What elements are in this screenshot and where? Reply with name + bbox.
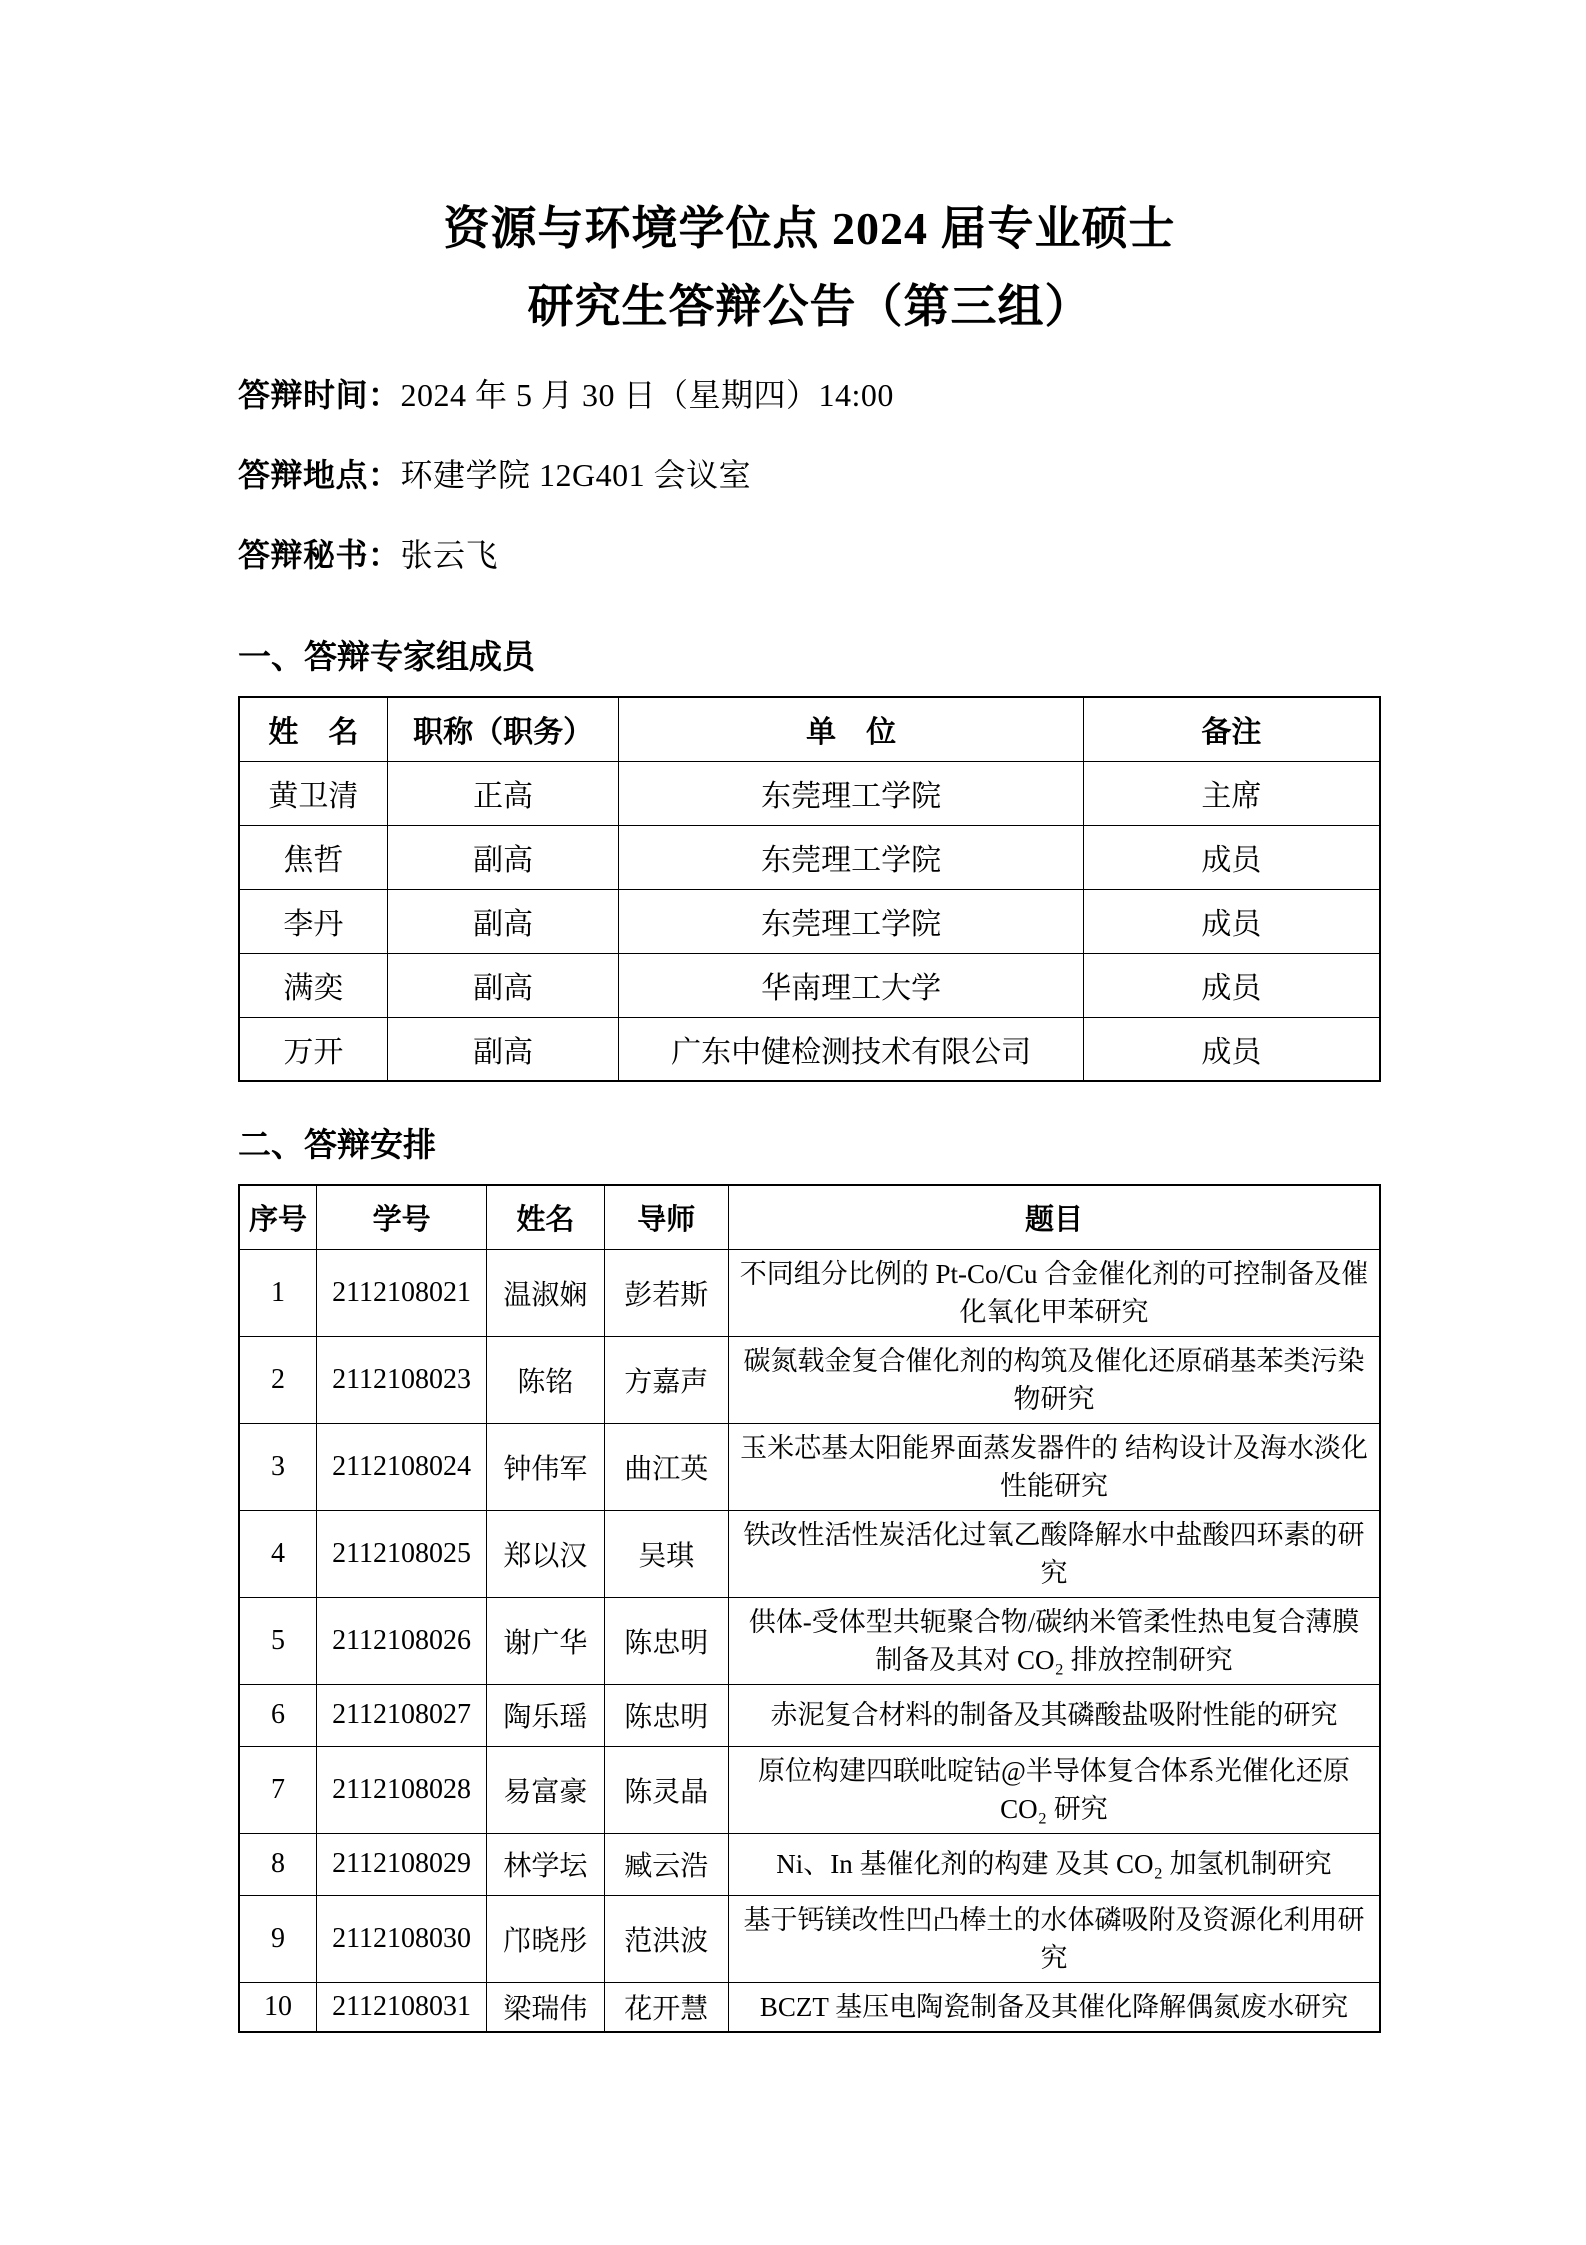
col-header-rank: 职称（职务）: [387, 697, 619, 761]
col-header-no: 序号: [239, 1185, 317, 1249]
table-row: 3 2112108024 钟伟军 曲江英 玉米芯基太阳能界面蒸发器件的 结构设计…: [239, 1423, 1380, 1510]
no-cell: 10: [239, 1982, 317, 2032]
tutor-cell: 范洪波: [604, 1895, 728, 1982]
table-row: 李丹 副高 东莞理工学院 成员: [239, 889, 1380, 953]
defense-time-value: 2024 年 5 月 30 日（星期四）14:00: [401, 377, 894, 413]
student-name-cell: 郑以汉: [487, 1510, 605, 1597]
expert-name-cell: 万开: [239, 1017, 387, 1081]
student-id-cell: 2112108026: [317, 1597, 487, 1684]
experts-header-row: 姓 名 职称（职务） 单 位 备注: [239, 697, 1380, 761]
student-name-cell: 易富豪: [487, 1746, 605, 1833]
expert-remark-cell: 成员: [1083, 889, 1380, 953]
topic-cell: 原位构建四联吡啶钴@半导体复合体系光催化还原 CO₂ 研究: [728, 1746, 1380, 1833]
table-row: 满奕 副高 华南理工大学 成员: [239, 953, 1380, 1017]
student-id-cell: 2112108031: [317, 1982, 487, 2032]
student-name-cell: 陶乐瑶: [487, 1684, 605, 1746]
schedule-table: 序号 学号 姓名 导师 题目 1 2112108021 温淑娴 彭若斯 不同组分…: [238, 1184, 1381, 2033]
table-row: 6 2112108027 陶乐瑶 陈忠明 赤泥复合材料的制备及其磷酸盐吸附性能的…: [239, 1684, 1380, 1746]
student-name-cell: 陈铭: [487, 1336, 605, 1423]
defense-time-label: 答辩时间：: [238, 377, 401, 413]
student-name-cell: 梁瑞伟: [487, 1982, 605, 2032]
student-name-cell: 温淑娴: [487, 1249, 605, 1336]
table-row: 7 2112108028 易富豪 陈灵晶 原位构建四联吡啶钴@半导体复合体系光催…: [239, 1746, 1380, 1833]
defense-time-line: 答辩时间：2024 年 5 月 30 日（星期四）14:00: [238, 372, 1381, 418]
topic-cell: 碳氮载金复合催化剂的构筑及催化还原硝基苯类污染物研究: [728, 1336, 1380, 1423]
topic-cell: BCZT 基压电陶瓷制备及其催化降解偶氮废水研究: [728, 1982, 1380, 2032]
topic-cell: 供体-受体型共轭聚合物/碳纳米管柔性热电复合薄膜制备及其对 CO₂ 排放控制研究: [728, 1597, 1380, 1684]
table-row: 黄卫清 正高 东莞理工学院 主席: [239, 761, 1380, 825]
page-title-line1: 资源与环境学位点 2024 届专业硕士: [444, 203, 1176, 254]
student-id-cell: 2112108027: [317, 1684, 487, 1746]
student-id-cell: 2112108029: [317, 1833, 487, 1895]
table-row: 2 2112108023 陈铭 方嘉声 碳氮载金复合催化剂的构筑及催化还原硝基苯…: [239, 1336, 1380, 1423]
student-name-cell: 钟伟军: [487, 1423, 605, 1510]
table-row: 4 2112108025 郑以汉 吴琪 铁改性活性炭活化过氧乙酸降解水中盐酸四环…: [239, 1510, 1380, 1597]
expert-unit-cell: 东莞理工学院: [619, 761, 1083, 825]
tutor-cell: 彭若斯: [604, 1249, 728, 1336]
expert-rank-cell: 副高: [387, 1017, 619, 1081]
no-cell: 5: [239, 1597, 317, 1684]
topic-cell: 玉米芯基太阳能界面蒸发器件的 结构设计及海水淡化性能研究: [728, 1423, 1380, 1510]
col-header-topic: 题目: [728, 1185, 1380, 1249]
student-id-cell: 2112108030: [317, 1895, 487, 1982]
student-id-cell: 2112108028: [317, 1746, 487, 1833]
expert-name-cell: 焦哲: [239, 825, 387, 889]
student-name-cell: 林学坛: [487, 1833, 605, 1895]
table-row: 1 2112108021 温淑娴 彭若斯 不同组分比例的 Pt-Co/Cu 合金…: [239, 1249, 1380, 1336]
expert-remark-cell: 成员: [1083, 1017, 1380, 1081]
topic-cell: 基于钙镁改性凹凸棒土的水体磷吸附及资源化利用研究: [728, 1895, 1380, 1982]
defense-secretary-value: 张云飞: [401, 537, 499, 573]
tutor-cell: 陈忠明: [604, 1597, 728, 1684]
col-header-name: 姓 名: [239, 697, 387, 761]
page-title-line2: 研究生答辩公告（第三组）: [528, 281, 1092, 332]
expert-unit-cell: 东莞理工学院: [619, 825, 1083, 889]
no-cell: 3: [239, 1423, 317, 1510]
tutor-cell: 臧云浩: [604, 1833, 728, 1895]
expert-remark-cell: 主席: [1083, 761, 1380, 825]
no-cell: 2: [239, 1336, 317, 1423]
expert-unit-cell: 广东中健检测技术有限公司: [619, 1017, 1083, 1081]
topic-cell: 铁改性活性炭活化过氧乙酸降解水中盐酸四环素的研究: [728, 1510, 1380, 1597]
topic-cell: 赤泥复合材料的制备及其磷酸盐吸附性能的研究: [728, 1684, 1380, 1746]
defense-location-value: 环建学院 12G401 会议室: [401, 457, 752, 493]
no-cell: 4: [239, 1510, 317, 1597]
table-row: 焦哲 副高 东莞理工学院 成员: [239, 825, 1380, 889]
table-row: 9 2112108030 邝晓彤 范洪波 基于钙镁改性凹凸棒土的水体磷吸附及资源…: [239, 1895, 1380, 1982]
table-row: 8 2112108029 林学坛 臧云浩 Ni、In 基催化剂的构建 及其 CO…: [239, 1833, 1380, 1895]
student-id-cell: 2112108023: [317, 1336, 487, 1423]
student-id-cell: 2112108025: [317, 1510, 487, 1597]
student-name-cell: 邝晓彤: [487, 1895, 605, 1982]
col-header-unit: 单 位: [619, 697, 1083, 761]
expert-unit-cell: 东莞理工学院: [619, 889, 1083, 953]
section2-heading: 二、答辩安排: [238, 1122, 1381, 1170]
defense-location-line: 答辩地点：环建学院 12G401 会议室: [238, 452, 1381, 498]
tutor-cell: 花开慧: [604, 1982, 728, 2032]
no-cell: 1: [239, 1249, 317, 1336]
expert-rank-cell: 副高: [387, 825, 619, 889]
expert-remark-cell: 成员: [1083, 825, 1380, 889]
expert-name-cell: 李丹: [239, 889, 387, 953]
expert-rank-cell: 副高: [387, 889, 619, 953]
section1-heading: 一、答辩专家组成员: [238, 634, 1381, 682]
tutor-cell: 曲江英: [604, 1423, 728, 1510]
student-id-cell: 2112108021: [317, 1249, 487, 1336]
student-name-cell: 谢广华: [487, 1597, 605, 1684]
no-cell: 9: [239, 1895, 317, 1982]
table-row: 10 2112108031 梁瑞伟 花开慧 BCZT 基压电陶瓷制备及其催化降解…: [239, 1982, 1380, 2032]
defense-secretary-label: 答辩秘书：: [238, 537, 401, 573]
no-cell: 8: [239, 1833, 317, 1895]
defense-secretary-line: 答辩秘书：张云飞: [238, 532, 1381, 578]
tutor-cell: 方嘉声: [604, 1336, 728, 1423]
table-row: 万开 副高 广东中健检测技术有限公司 成员: [239, 1017, 1380, 1081]
page-title: 资源与环境学位点 2024 届专业硕士 研究生答辩公告（第三组）: [238, 190, 1381, 346]
expert-remark-cell: 成员: [1083, 953, 1380, 1017]
tutor-cell: 陈忠明: [604, 1684, 728, 1746]
document-page: 资源与环境学位点 2024 届专业硕士 研究生答辩公告（第三组） 答辩时间：20…: [0, 0, 1586, 2245]
tutor-cell: 陈灵晶: [604, 1746, 728, 1833]
student-id-cell: 2112108024: [317, 1423, 487, 1510]
no-cell: 7: [239, 1746, 317, 1833]
topic-cell: Ni、In 基催化剂的构建 及其 CO₂ 加氢机制研究: [728, 1833, 1380, 1895]
col-header-remark: 备注: [1083, 697, 1380, 761]
topic-cell: 不同组分比例的 Pt-Co/Cu 合金催化剂的可控制备及催化氧化甲苯研究: [728, 1249, 1380, 1336]
expert-rank-cell: 副高: [387, 953, 619, 1017]
expert-rank-cell: 正高: [387, 761, 619, 825]
expert-name-cell: 满奕: [239, 953, 387, 1017]
col-header-student-id: 学号: [317, 1185, 487, 1249]
expert-name-cell: 黄卫清: [239, 761, 387, 825]
col-header-tutor: 导师: [604, 1185, 728, 1249]
defense-location-label: 答辩地点：: [238, 457, 401, 493]
schedule-header-row: 序号 学号 姓名 导师 题目: [239, 1185, 1380, 1249]
experts-table: 姓 名 职称（职务） 单 位 备注 黄卫清 正高 东莞理工学院 主席 焦哲 副高…: [238, 696, 1381, 1082]
table-row: 5 2112108026 谢广华 陈忠明 供体-受体型共轭聚合物/碳纳米管柔性热…: [239, 1597, 1380, 1684]
col-header-student-name: 姓名: [487, 1185, 605, 1249]
expert-unit-cell: 华南理工大学: [619, 953, 1083, 1017]
no-cell: 6: [239, 1684, 317, 1746]
tutor-cell: 吴琪: [604, 1510, 728, 1597]
